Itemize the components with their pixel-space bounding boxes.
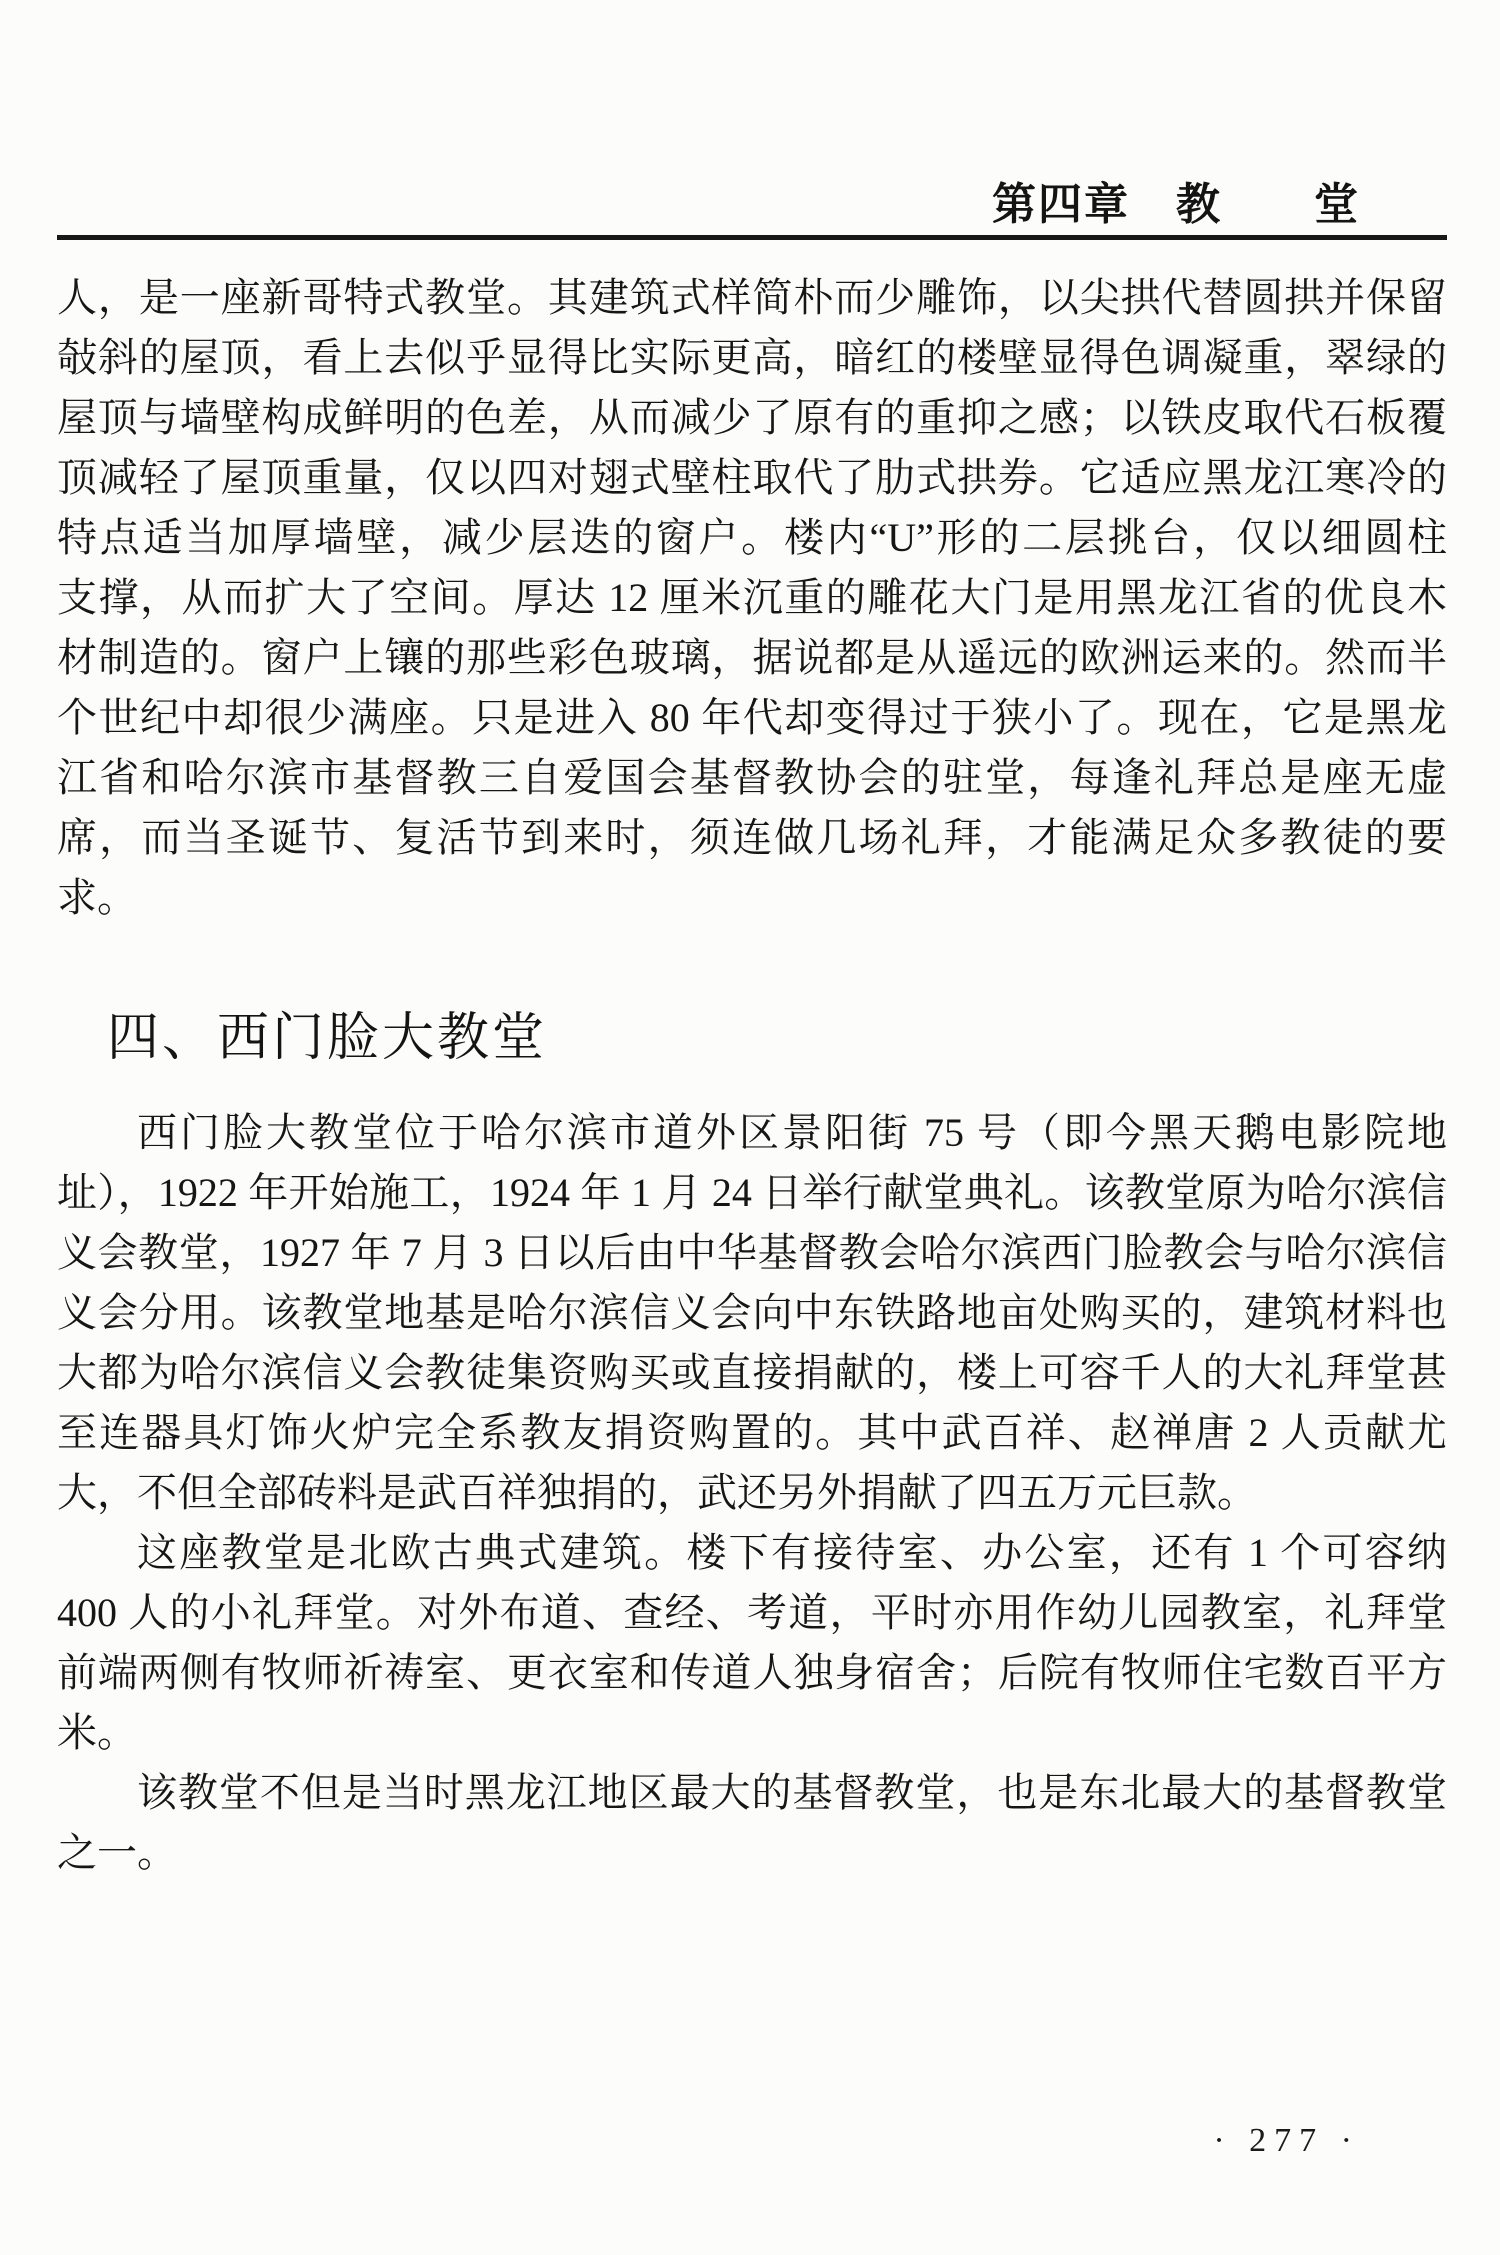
text-line: 西门脸大教堂位于哈尔滨市道外区景阳街 75 号（即今黑天鹅电影院地 <box>57 1103 1447 1163</box>
text-line: 支撑，从而扩大了空间。厚达 12 厘米沉重的雕花大门是用黑龙江省的优良木 <box>57 568 1447 628</box>
text-line: 求。 <box>57 868 1447 928</box>
text-line: 大，不但全部砖料是武百祥独捐的，武还另外捐献了四五万元巨款。 <box>57 1463 1447 1523</box>
text-line: 材制造的。窗户上镶的那些彩色玻璃，据说都是从遥远的欧洲运来的。然而半 <box>57 628 1447 688</box>
page-number: · 277 · <box>1213 2122 1360 2160</box>
section-heading: 四、西门脸大教堂 <box>107 1013 1447 1065</box>
text-line: 敧斜的屋顶，看上去似乎显得比实际更高，暗红的楼壁显得色调凝重，翠绿的 <box>57 328 1447 388</box>
text-line: 人，是一座新哥特式教堂。其建筑式样简朴而少雕饰，以尖拱代替圆拱并保留 <box>57 268 1447 328</box>
paragraph-conclusion: 该教堂不但是当时黑龙江地区最大的基督教堂，也是东北最大的基督教堂之一。 <box>57 1763 1447 1883</box>
text-line: 顶减轻了屋顶重量，仅以四对翅式壁柱取代了肋式拱券。它适应黑龙江寒冷的 <box>57 448 1447 508</box>
text-line: 米。 <box>57 1703 1447 1763</box>
text-line: 该教堂不但是当时黑龙江地区最大的基督教堂，也是东北最大的基督教堂 <box>57 1763 1447 1823</box>
text-line: 义会分用。该教堂地基是哈尔滨信义会向中东铁路地亩处购买的，建筑材料也 <box>57 1283 1447 1343</box>
text-line: 之一。 <box>57 1823 1447 1883</box>
text-line: 址），1922 年开始施工，1924 年 1 月 24 日举行献堂典礼。该教堂原… <box>57 1163 1447 1223</box>
text-line: 特点适当加厚墙壁，减少层迭的窗户。楼内“U”形的二层挑台，仅以细圆柱 <box>57 508 1447 568</box>
running-head-chapter-title: 第四章 教 堂 <box>57 0 1447 227</box>
text-line: 个世纪中却很少满座。只是进入 80 年代却变得过于狭小了。现在，它是黑龙 <box>57 688 1447 748</box>
text-line: 屋顶与墙壁构成鲜明的色差，从而减少了原有的重抑之感；以铁皮取代石板覆 <box>57 388 1447 448</box>
text-line: 席，而当圣诞节、复活节到来时，须连做几场礼拜，才能满足众多教徒的要 <box>57 808 1447 868</box>
text-line: 400 人的小礼拜堂。对外布道、查经、考道，平时亦用作幼儿园教室，礼拜堂 <box>57 1583 1447 1643</box>
text-line: 至连器具灯饰火炉完全系教友捐资购置的。其中武百祥、赵禅唐 2 人贡献尤 <box>57 1403 1447 1463</box>
text-line: 江省和哈尔滨市基督教三自爱国会基督教协会的驻堂，每逢礼拜总是座无虚 <box>57 748 1447 808</box>
text-line: 这座教堂是北欧古典式建筑。楼下有接待室、办公室，还有 1 个可容纳 <box>57 1523 1447 1583</box>
paragraph-continuation: 人，是一座新哥特式教堂。其建筑式样简朴而少雕饰，以尖拱代替圆拱并保留敧斜的屋顶，… <box>57 268 1447 928</box>
text-line: 大都为哈尔滨信义会教徒集资购买或直接捐献的，楼上可容千人的大礼拜堂甚 <box>57 1343 1447 1403</box>
paragraph-church-history: 西门脸大教堂位于哈尔滨市道外区景阳街 75 号（即今黑天鹅电影院地址），1922… <box>57 1103 1447 1523</box>
text-line: 义会教堂，1927 年 7 月 3 日以后由中华基督教会哈尔滨西门脸教会与哈尔滨… <box>57 1223 1447 1283</box>
text-line: 前端两侧有牧师祈祷室、更衣室和传道人独身宿舍；后院有牧师住宅数百平方 <box>57 1643 1447 1703</box>
book-page: 第四章 教 堂 人，是一座新哥特式教堂。其建筑式样简朴而少雕饰，以尖拱代替圆拱并… <box>0 0 1500 2255</box>
paragraph-building-description: 这座教堂是北欧古典式建筑。楼下有接待室、办公室，还有 1 个可容纳400 人的小… <box>57 1523 1447 1763</box>
header-rule <box>57 235 1447 240</box>
